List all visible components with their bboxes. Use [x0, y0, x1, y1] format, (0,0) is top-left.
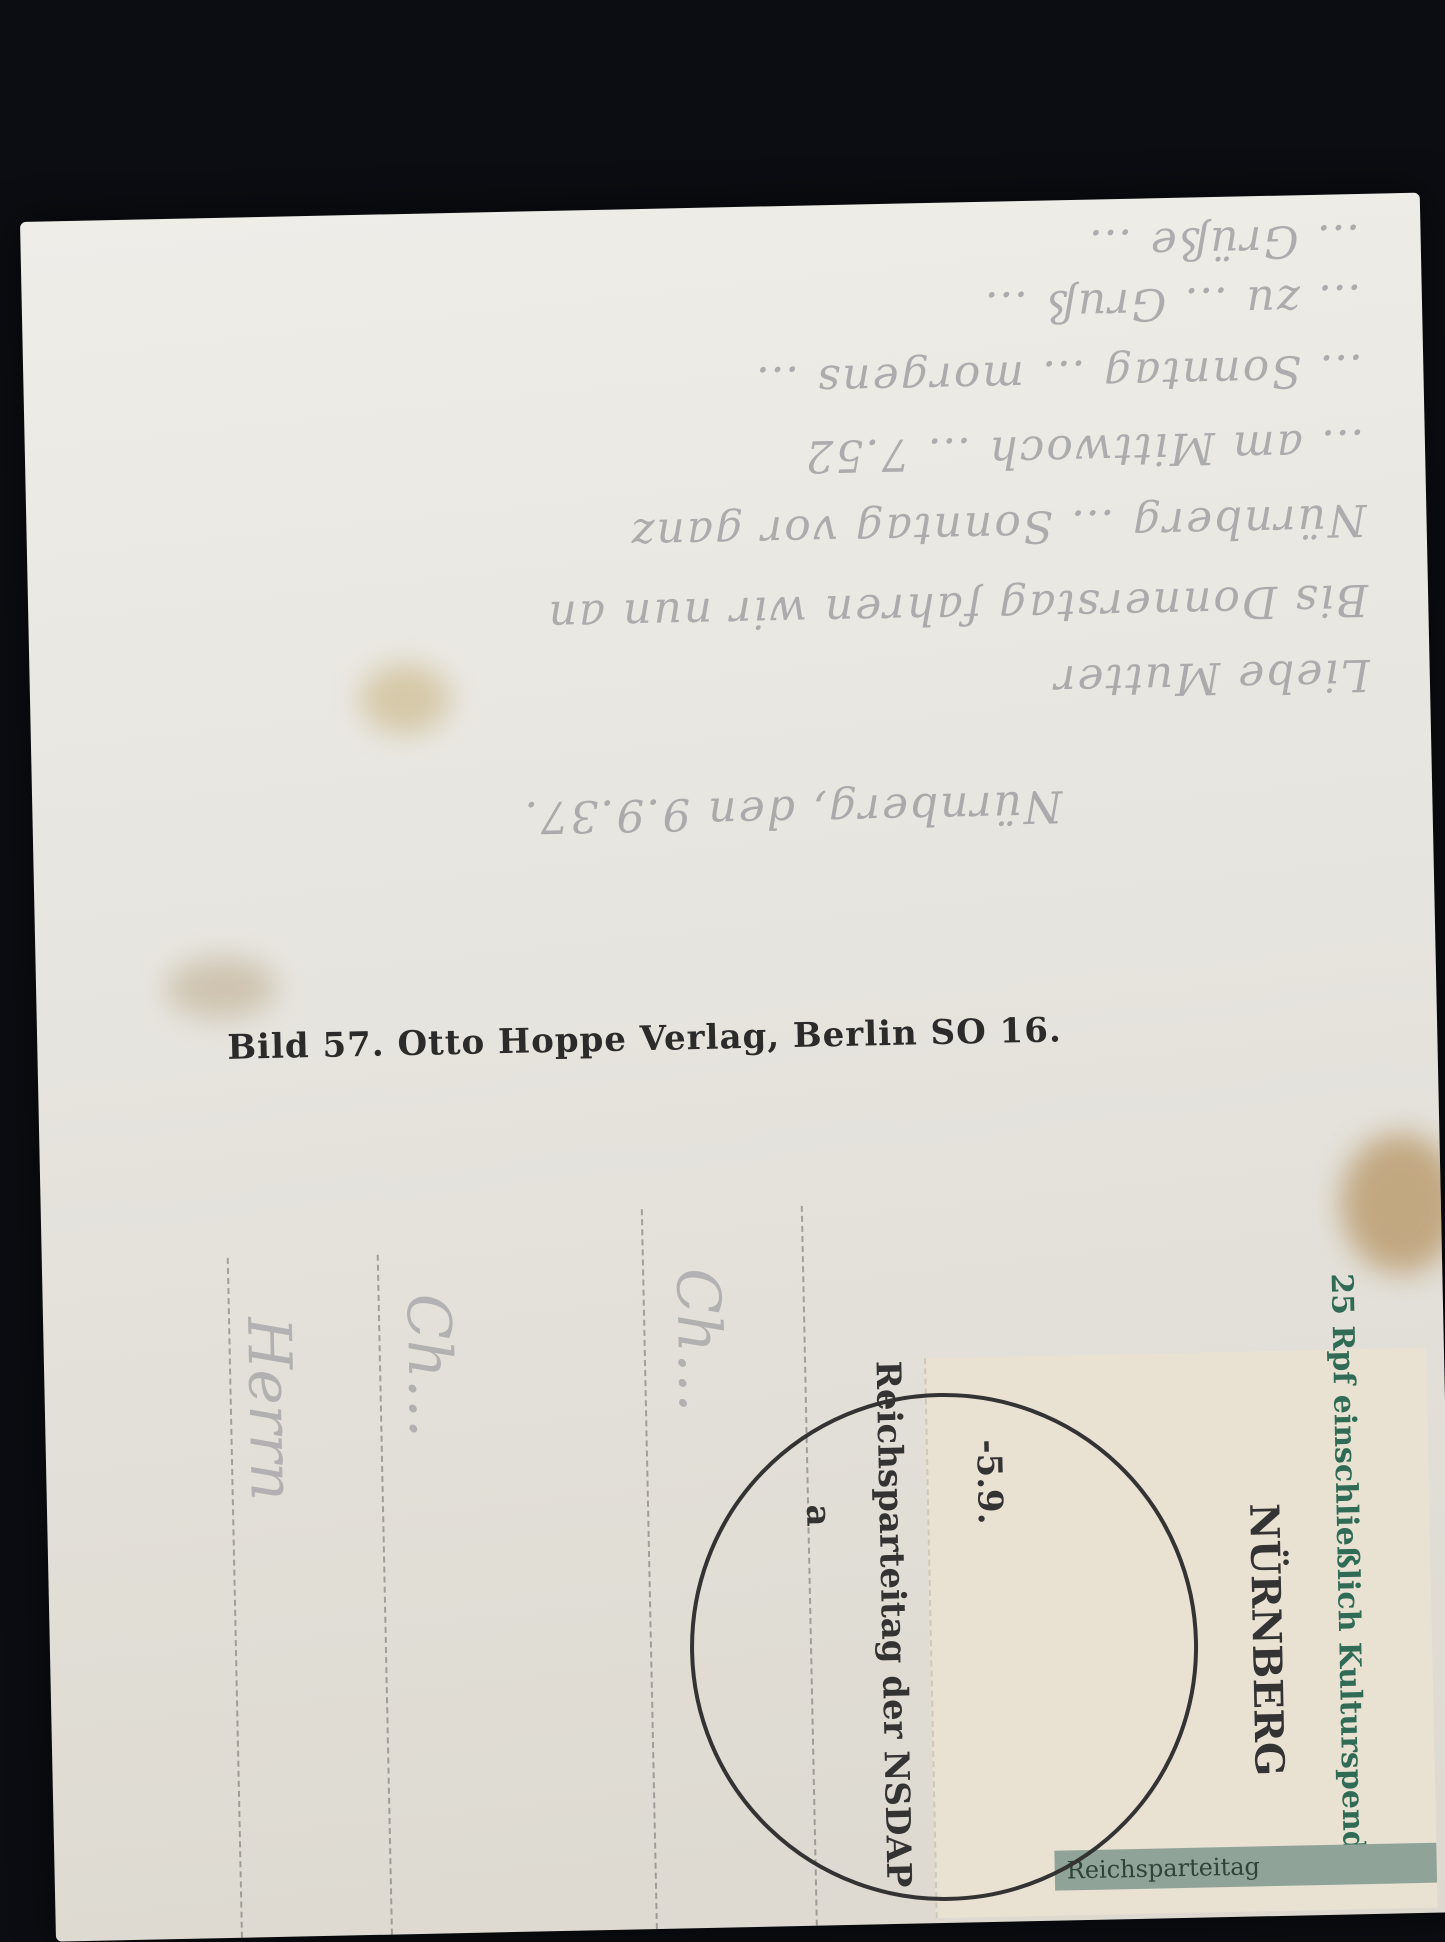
message-line: … Sonntag … morgens …	[133, 344, 1364, 421]
postmark-city: NÜRNBERG	[1240, 1503, 1293, 1777]
message-line: Bis Donnerstag fahren wir nun an	[138, 574, 1369, 651]
stamp-label: Reichsparteitag	[1054, 1843, 1437, 1891]
address-line-text: Herrn	[233, 1316, 307, 1501]
postmark-letter: a	[798, 1504, 838, 1527]
address-line	[377, 1255, 393, 1927]
publisher-imprint: Bild 57. Otto Hoppe Verlag, Berlin SO 16…	[227, 1010, 1062, 1067]
age-stain	[1339, 1132, 1445, 1274]
postmark-date: -5.9.	[968, 1439, 1010, 1525]
message-line: Nürnberg … Sonntag vor ganz	[136, 494, 1367, 571]
message-line: … am Mittwoch … 7.52	[135, 419, 1366, 496]
address-line-text: Ch…	[393, 1293, 466, 1439]
address-line	[641, 1209, 658, 1927]
age-stain	[165, 957, 276, 1019]
address-line-text: Ch…	[662, 1267, 735, 1413]
postcard-back: … Grüße … … zu … Gruß … … Sonntag … morg…	[20, 193, 1445, 1927]
message-line: Liebe Mutter	[140, 649, 1371, 726]
place-date: Nürnberg, den 9.9.37.	[20, 780, 1063, 857]
